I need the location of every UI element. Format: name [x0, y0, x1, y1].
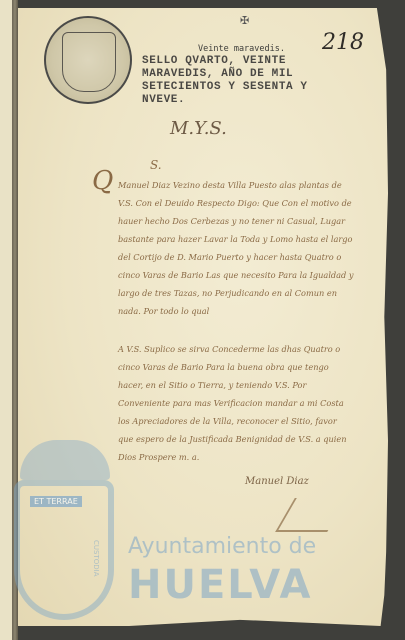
heading: M.Y.S. — [170, 118, 227, 139]
folio-number: 218 — [322, 30, 364, 55]
cross-icon: ✠ — [240, 14, 249, 27]
watermark-line2: HUELVA — [128, 562, 312, 608]
watermark-line1: Ayuntamiento de — [128, 534, 316, 559]
salutation: S. — [150, 158, 162, 172]
stamp-text: SELLO QVARTO, VEINTE MARAVEDIS, AÑO DE M… — [142, 55, 352, 107]
initial-capital: Q — [92, 166, 113, 196]
stamp-price: Veinte maravedis. — [198, 44, 285, 54]
paragraph-1: Manuel Diaz Vezino desta Villa Puesto al… — [118, 176, 354, 320]
signature: Manuel Diaz — [245, 476, 309, 487]
watermark-side-text: CUSTODIA — [92, 540, 100, 576]
coat-of-arms-icon — [62, 32, 116, 92]
paragraph-2: A V.S. Suplico se sirva Concederme las d… — [118, 340, 354, 466]
watermark-motto: ET TERRAE — [30, 496, 82, 507]
royal-seal — [44, 16, 132, 104]
adjacent-page-edge — [0, 0, 12, 640]
